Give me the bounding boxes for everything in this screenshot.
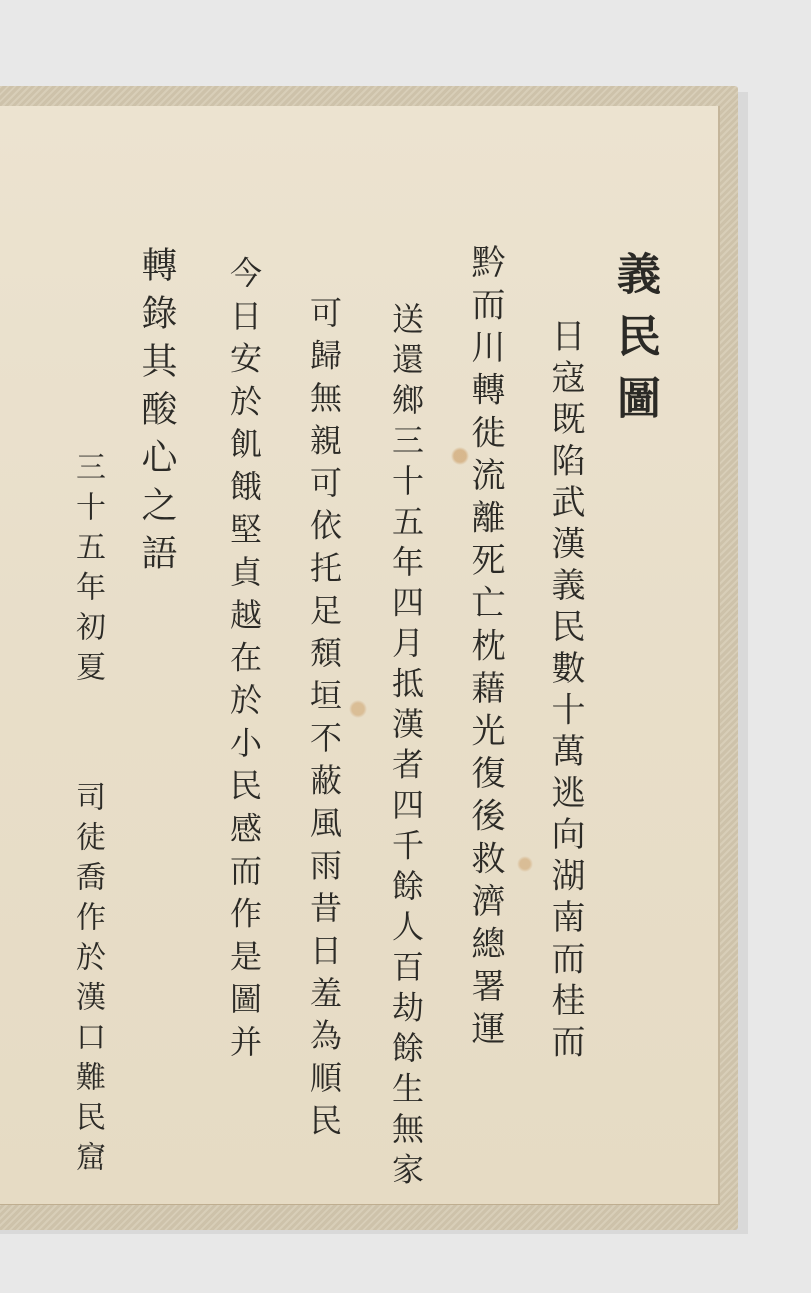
inscription-column-3: 送還鄉三十五年四月抵漢者四千餘人百劫餘生無家 xyxy=(390,302,422,1193)
inscription-column-1: 日寇既陷武漢義民數十萬逃向湖南而桂而 xyxy=(548,318,582,1065)
inscription-column-2: 黔而川轉徙流離死亡枕藉光復後救濟總署運 xyxy=(468,244,502,1053)
date-line: 三十五年初夏 xyxy=(72,451,102,691)
signature-line: 司徒喬作於漢口難民窟 xyxy=(72,781,102,1181)
inscription-column-4: 可歸無親可依托足頹垣不蔽風雨昔日羞為順民 xyxy=(308,296,340,1146)
inscription-title: 義民圖 xyxy=(612,251,656,437)
paper-sheet: 義民圖 日寇既陷武漢義民數十萬逃向湖南而桂而 黔而川轉徙流離死亡枕藉光復後救濟總… xyxy=(0,106,720,1205)
inscription-column-5: 今日安於飢餓堅貞越在於小民感而作是圖并 xyxy=(228,256,260,1067)
inscription-column-6: 轉錄其酸心之語 xyxy=(138,246,174,582)
